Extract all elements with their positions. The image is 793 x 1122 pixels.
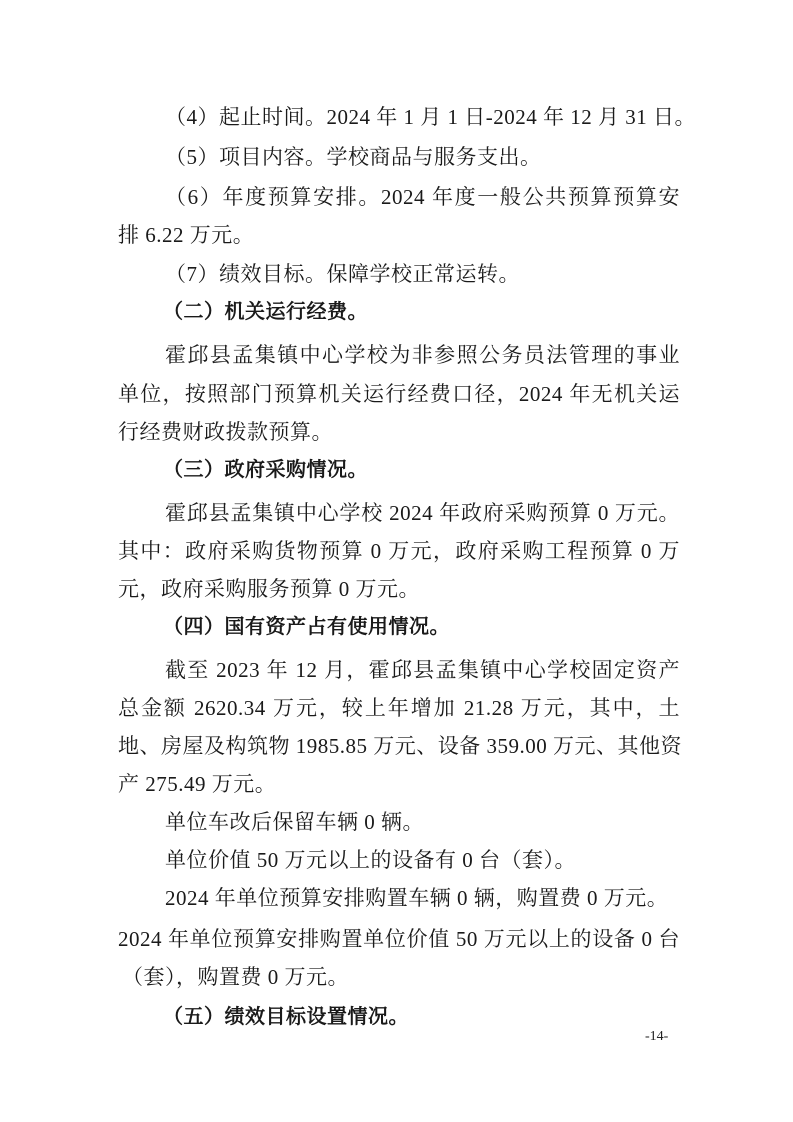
- paragraph-text: 截至 2023 年 12 月，霍邱县孟集镇中心学校固定资产: [165, 656, 680, 684]
- item-7-goal: （7）绩效目标。保障学校正常运转。: [165, 260, 520, 288]
- section-heading-2: （二）机关运行经费。: [163, 297, 368, 325]
- item-6-budget: （6）年度预算安排。2024 年度一般公共预算预算安: [165, 183, 680, 211]
- paragraph-text: （套），购置费 0 万元。: [122, 963, 349, 991]
- item-5-content: （5）项目内容。学校商品与服务支出。: [165, 143, 542, 171]
- paragraph-text: 行经费财政拨款预算。: [118, 418, 333, 446]
- paragraph-text: 单位，按照部门预算机关运行经费口径，2024 年无机关运: [118, 380, 680, 408]
- paragraph-text: 产 275.49 万元。: [118, 770, 276, 798]
- item-4-duration: （4）起止时间。2024 年 1 月 1 日-2024 年 12 月 31 日。: [165, 103, 696, 131]
- paragraph-text: 单位车改后保留车辆 0 辆。: [165, 808, 424, 836]
- paragraph-text: 元，政府采购服务预算 0 万元。: [118, 575, 420, 603]
- paragraph-text: 总金额 2620.34 万元，较上年增加 21.28 万元，其中，土: [118, 694, 680, 722]
- paragraph-text: 其中：政府采购货物预算 0 万元，政府采购工程预算 0 万: [118, 537, 680, 565]
- section-heading-5: （五）绩效目标设置情况。: [163, 1002, 409, 1030]
- item-6-budget-cont: 排 6.22 万元。: [118, 221, 254, 249]
- document-page: （4）起止时间。2024 年 1 月 1 日-2024 年 12 月 31 日。…: [0, 0, 793, 1122]
- section-heading-4: （四）国有资产占有使用情况。: [163, 612, 450, 640]
- paragraph-text: 2024 年单位预算安排购置车辆 0 辆，购置费 0 万元。: [165, 884, 668, 912]
- paragraph-text: 地、房屋及构筑物 1985.85 万元、设备 359.00 万元、其他资: [118, 732, 680, 760]
- paragraph-text: 霍邱县孟集镇中心学校 2024 年政府采购预算 0 万元。: [165, 499, 680, 527]
- section-heading-3: （三）政府采购情况。: [163, 455, 368, 483]
- paragraph-text: 单位价值 50 万元以上的设备有 0 台（套）。: [165, 846, 576, 874]
- paragraph-text: 霍邱县孟集镇中心学校为非参照公务员法管理的事业: [165, 341, 680, 369]
- paragraph-text: 2024 年单位预算安排购置单位价值 50 万元以上的设备 0 台: [118, 925, 680, 953]
- page-number: -14-: [645, 1029, 668, 1045]
